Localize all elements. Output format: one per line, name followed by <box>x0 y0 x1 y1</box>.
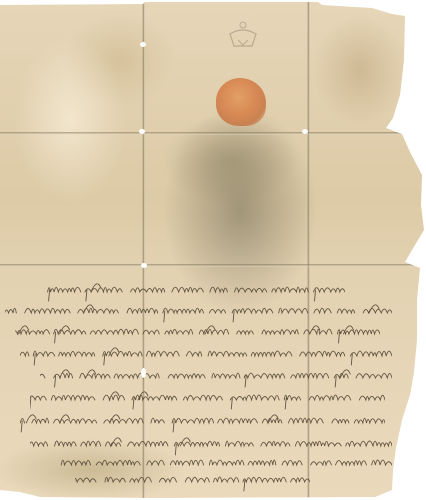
handwritten-line <box>40 280 345 302</box>
handwritten-line <box>20 344 392 366</box>
handwritten-line <box>20 411 385 433</box>
handwritten-line <box>30 388 385 410</box>
fold-hole <box>139 129 145 134</box>
handwritten-letter <box>0 0 426 500</box>
manuscript-paper <box>0 0 426 500</box>
handwritten-line <box>40 366 392 388</box>
handwritten-line <box>5 301 392 323</box>
handwritten-line <box>75 470 310 492</box>
fold-hole <box>141 368 146 378</box>
photo-stage: illegible at this resolution <box>0 0 426 500</box>
fold-hole <box>141 263 147 268</box>
fold-hole <box>140 42 146 47</box>
fold-hole <box>302 129 308 134</box>
handwritten-line <box>15 322 380 344</box>
